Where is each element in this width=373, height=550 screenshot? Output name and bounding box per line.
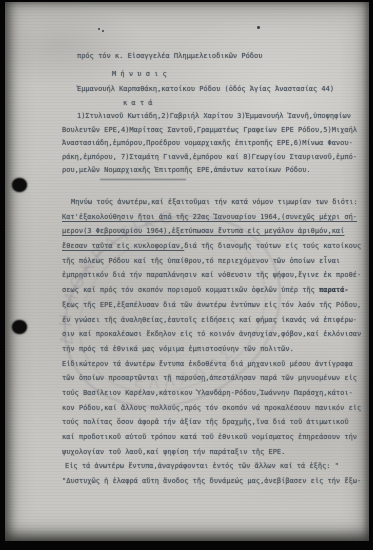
body-line: τούς Βασίλειον Καρέλαν,κάτοικον Ὑλανδάρη… bbox=[62, 389, 353, 398]
body-text: διά τῆς διανομῆς τούτων εἰς τούς κατοίκο… bbox=[184, 242, 361, 250]
bold-phrase: παρατά- bbox=[319, 286, 349, 294]
body-line: τῶν ὁποίων προσαρτῶνται τῇ παρούσῃ,ἀπεστ… bbox=[62, 374, 357, 383]
body-line: σιν καί προκαλέσωσι ἔκδηλον εἰς τό κοινό… bbox=[62, 330, 361, 339]
body-line: τήν πρός τά ἐθνικά μας νόμιμα ἐμπιστοσύν… bbox=[62, 345, 294, 354]
scanned-page: ΔΗΜΟΚΡΑΤΙΚΟ ΕΛΛΑΔΟΣ πρός τόν κ. Εἰσαγγελ… bbox=[5, 2, 369, 541]
document-title: Μ ή ν υ σ ι ς bbox=[112, 70, 167, 79]
punch-hole bbox=[12, 320, 27, 334]
body-line: τούς πολίτας ὅσον ἀφορᾶ τήν ἀξίαν τῆς δρ… bbox=[62, 418, 349, 427]
defendants-line: ρου,μελῶν Νομαρχιακῆς Ἐπιτροπῆς ΕΡΕ,ἁπάν… bbox=[62, 166, 311, 175]
ink-speck bbox=[102, 30, 104, 32]
defendants-line: 1)Στυλιανοῦ Κωτιάδη,2)Γαβριήλ Χαρίτου 3)… bbox=[77, 112, 351, 121]
body-line: Εἰς τά ἀνωτέρω ἔντυπα,ἀναγράφονται ἐντός… bbox=[65, 462, 339, 471]
underlined-phrase: ἔθεσαν ταῦτα εἰς κυκλοφορίαν, bbox=[62, 242, 184, 250]
body-line: ξεως τῆς ΕΡΕ,ἐξαπέλυσαν διά τῶν ἀνωτέρω … bbox=[62, 301, 361, 310]
body-line: "Δυστυχῶς ἡ ἐλαφρά αὕτη ἄνοδος τῆς δυνάμ… bbox=[62, 477, 361, 486]
defendants-line: Ἀναστασιάδη,ἐμπόρου,Προέδρου νομαρχιακῆς… bbox=[62, 139, 353, 148]
body-line: ἐν γνώσει τῆς ἀναληθείας,ἑαυτοῖς εἰδήσει… bbox=[62, 316, 357, 325]
punch-hole bbox=[12, 178, 27, 192]
ink-speck bbox=[98, 28, 100, 30]
body-line: ἐμπρηστικόν διά τήν παραπλάνησιν καί νόθ… bbox=[62, 271, 361, 280]
recipient-line: πρός τόν κ. Εἰσαγγελέα Πλημμελειοδικῶν Ρ… bbox=[77, 52, 262, 61]
body-line: καί προδοτικοῦ αὐτοῦ τρόπου κατά τοῦ ἐθν… bbox=[62, 433, 357, 442]
body-line-underlined: μερον(3 Φεβρουαρίου 1964),ἐξετύπωσαν ἔντ… bbox=[62, 227, 344, 236]
body-line: τῆς πόλεως Ρόδου καί τῆς ὑπαίθρου,τό περ… bbox=[62, 257, 340, 266]
complainant-line: Ἐμμανουήλ Καρπαθάκη,κατοίκου Ρόδου (ὁδός… bbox=[77, 85, 334, 94]
body-line: Μηνύω τούς ἀνωτέρω,καί ἐξαιτοῦμαι τήν κα… bbox=[71, 198, 358, 207]
body-line: ψυχολογίαν τοῦ λαοῦ,καί ψηφίση τήν παράτ… bbox=[62, 448, 285, 457]
scanned-document-screenshot: { "colors": { "paper": "#c8c7c3", "ink":… bbox=[0, 0, 373, 550]
kata-label: κ α τ ά bbox=[123, 99, 153, 108]
defendants-line: Βουλευτῶν ΕΡΕ,4)Μαρίτσας Σαντοῦ,Γραμματέ… bbox=[62, 126, 357, 135]
body-line: κον Ρόδου,καί ἄλλους πολλούς,πρός τόν σκ… bbox=[62, 404, 361, 413]
separator-line bbox=[100, 179, 186, 180]
defendants-line: ράκη,ἐμπόρου, 7)Σταμάτη Γιαννᾶ,ἐμπόρου κ… bbox=[62, 153, 357, 162]
body-line: Εἰδικώτερον τά ἀνωτέρω ἔντυπα ἐκδοθέντα … bbox=[62, 360, 353, 369]
body-line-underlined: Κατ'ἐξακολούθησιν ἤτοι ἀπό τῆς 22ας Ἰανο… bbox=[62, 213, 357, 222]
ink-speck bbox=[257, 26, 260, 29]
body-line: ἔθεσαν ταῦτα εἰς κυκλοφορίαν,διά τῆς δια… bbox=[62, 242, 361, 251]
body-line: σεως καί πρός τόν σκοπόν πορισμοῦ κομματ… bbox=[62, 286, 349, 295]
body-text: σεως καί πρός τόν σκοπόν πορισμοῦ κομματ… bbox=[62, 286, 319, 294]
